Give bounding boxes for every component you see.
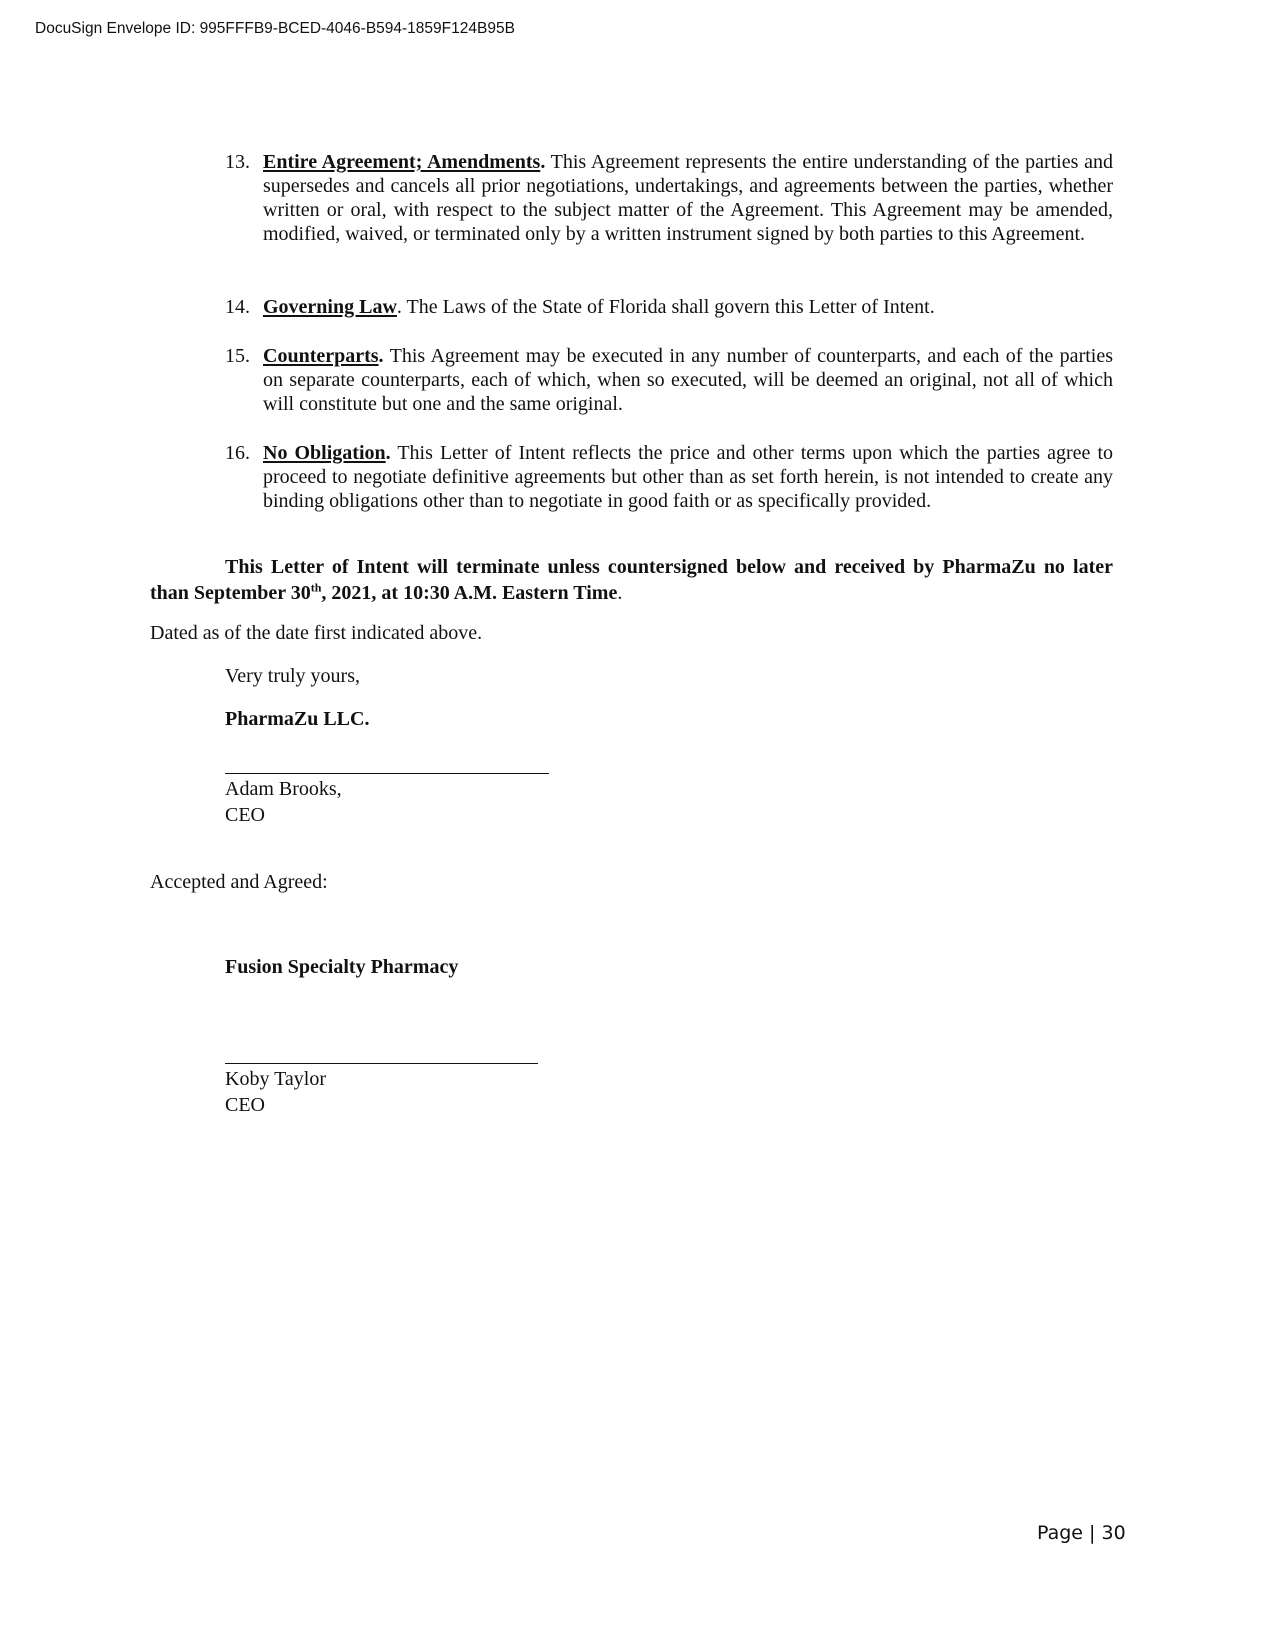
sender-signature-line[interactable] [225,773,549,774]
clause-number: 15. [225,344,250,368]
clause-heading: Governing Law [263,296,397,318]
recipient-signer-name: Koby Taylor [225,1068,326,1091]
clause-number: 16. [225,441,250,465]
dated-line: Dated as of the date first indicated abo… [150,622,482,645]
clause-14: 14. Governing Law. The Laws of the State… [225,295,1113,319]
clause-heading: No Obligation [263,442,386,464]
docusign-envelope-id: DocuSign Envelope ID: 995FFFB9-BCED-4046… [35,20,515,38]
acceptance-label: Accepted and Agreed: [150,871,328,894]
clause-text: This Letter of Intent reflects the price… [263,442,1113,512]
clause-heading: Entire Agreement; Amendments [263,151,540,173]
closing-salutation: Very truly yours, [225,665,360,688]
clause-heading: Counterparts [263,345,379,367]
clause-text: The Laws of the State of Florida shall g… [402,296,935,318]
clause-text: This Agreement may be executed in any nu… [263,345,1113,415]
clause-13: 13. Entire Agreement; Amendments. This A… [225,150,1113,246]
clause-number: 13. [225,150,250,174]
page-number: Page | 30 [1037,1522,1126,1544]
sender-signer-name: Adam Brooks, [225,778,342,801]
clause-15: 15. Counterparts. This Agreement may be … [225,344,1113,416]
clause-number: 14. [225,295,250,319]
recipient-company: Fusion Specialty Pharmacy [225,956,458,979]
recipient-signature-line[interactable] [225,1063,538,1064]
sender-signer-title: CEO [225,804,265,827]
termination-notice: This Letter of Intent will terminate unl… [150,554,1113,606]
clause-16: 16. No Obligation. This Letter of Intent… [225,441,1113,513]
recipient-signer-title: CEO [225,1094,265,1117]
sender-company: PharmaZu LLC. [225,708,369,731]
